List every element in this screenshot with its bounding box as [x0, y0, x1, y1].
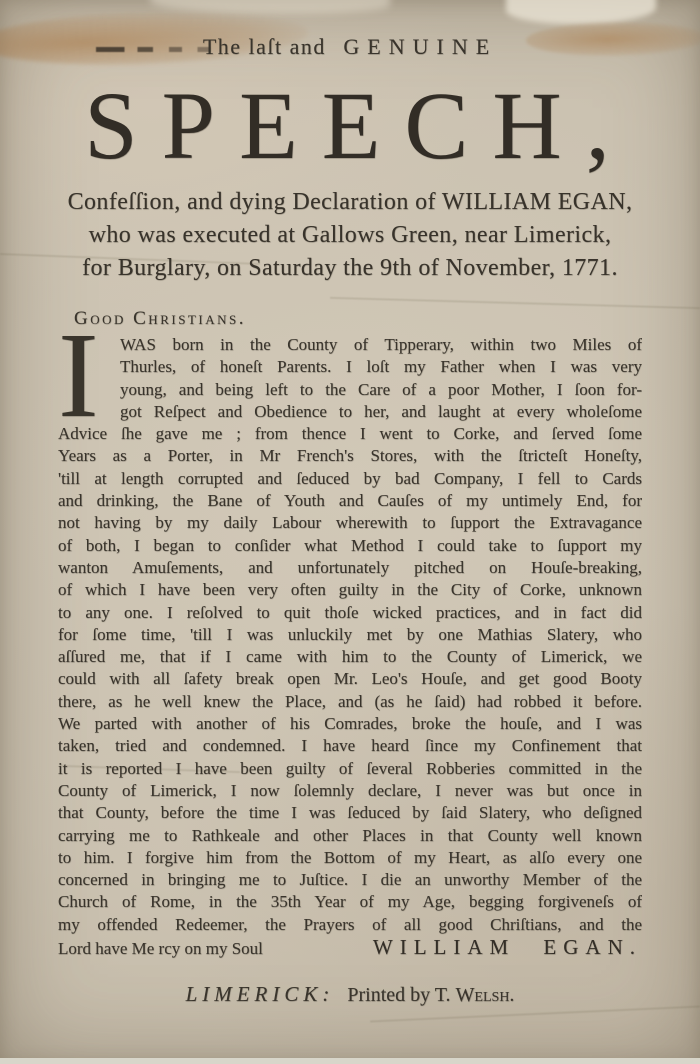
subtitle-line: who was executed at Gallows Green, near … — [36, 219, 664, 252]
body-line: concerned in bringing me to Juſtice. I d… — [58, 869, 642, 891]
body-line: of which I have been very often guilty i… — [58, 579, 642, 601]
body-lines: WAS born in the County of Tipperary, wit… — [58, 334, 642, 936]
body-line: taken, tried and condemned. I have heard… — [58, 735, 642, 757]
body-line: carrying me to Rathkeale and other Place… — [58, 825, 642, 847]
body-line: my offended Redeemer, the Prayers of all… — [58, 914, 642, 936]
subtitle-block: Confeſſion, and dying Declaration of WIL… — [36, 186, 664, 285]
body-line: could with all ſafety break open Mr. Leo… — [58, 668, 642, 690]
body-line: got Reſpect and Obedience to her, and la… — [58, 401, 642, 423]
body-line: it is reported I have been guilty of ſev… — [58, 758, 642, 780]
body-line: aſſured me, that if I came with him to t… — [58, 646, 642, 668]
body-line: WAS born in the County of Tipperary, wit… — [58, 334, 642, 356]
salutation: Good Christians. — [74, 308, 246, 330]
closing-text: Lord have Me rcy on my Soul — [58, 938, 263, 960]
imprint-line: LIMERICK: Printed by T. Welsh. — [0, 982, 700, 1007]
body-line: and drinking, the Bane of Youth and Cauſ… — [58, 490, 642, 512]
body-line: We parted with another of his Comrades, … — [58, 713, 642, 735]
imprint-printer-name: Welsh. — [456, 984, 515, 1006]
body-line: Advice ſhe gave me ; from thence I went … — [58, 423, 642, 445]
page-title: SPEECH, — [0, 70, 700, 181]
paper-chip-top-right — [506, 0, 656, 24]
broadside-photo: The laſt and GENUINE SPEECH, Confeſſion,… — [0, 0, 700, 1064]
kicker-regular-text: The laſt and — [203, 34, 326, 59]
body-line: for ſome time, 'till I was unluckily met… — [58, 624, 642, 646]
body-line: 'till at length corrupted and ſeduced by… — [58, 468, 642, 490]
paper-crease — [330, 297, 700, 309]
kicker-caps-text: GENUINE — [343, 34, 497, 59]
body-line: to him. I forgive him from the Bottom of… — [58, 847, 642, 869]
body-line: Church of Rome, in the 35th Year of my A… — [58, 891, 642, 913]
subtitle-line: Confeſſion, and dying Declaration of WIL… — [36, 186, 664, 219]
imprint-printed-by: Printed by T. — [347, 984, 450, 1006]
signature: WILLIAM EGAN. — [373, 936, 642, 958]
body-line: wanton Amuſements, and unfortunately pit… — [58, 557, 642, 579]
body-line: there, as he well knew the Place, and (a… — [58, 691, 642, 713]
body-line: of both, I began to conſider what Method… — [58, 535, 642, 557]
body-line: to any one. I reſolved to quit thoſe wic… — [58, 602, 642, 624]
paper-crease — [370, 1006, 700, 1022]
body-line: young, and being left to the Care of a p… — [58, 379, 642, 401]
body-line: that County, before the time I was ſeduc… — [58, 802, 642, 824]
body-line: Thurles, of honeſt Parents. I loſt my Fa… — [58, 356, 642, 378]
body-line: not having by my daily Labour wherewith … — [58, 512, 642, 534]
mount-edge — [0, 1058, 700, 1064]
body-line: County of Limerick, I now ſolemnly decla… — [58, 780, 642, 802]
body-line: Years as a Porter, in Mr French's Stores… — [58, 445, 642, 467]
subtitle-line: for Burglary, on Saturday the 9th of Nov… — [36, 252, 664, 285]
speech-body: WAS born in the County of Tipperary, wit… — [58, 334, 642, 960]
closing-line: Lord have Me rcy on my Soul WILLIAM EGAN… — [58, 936, 642, 960]
kicker-line: The laſt and GENUINE — [0, 34, 700, 60]
imprint-place: LIMERICK: — [186, 982, 335, 1006]
